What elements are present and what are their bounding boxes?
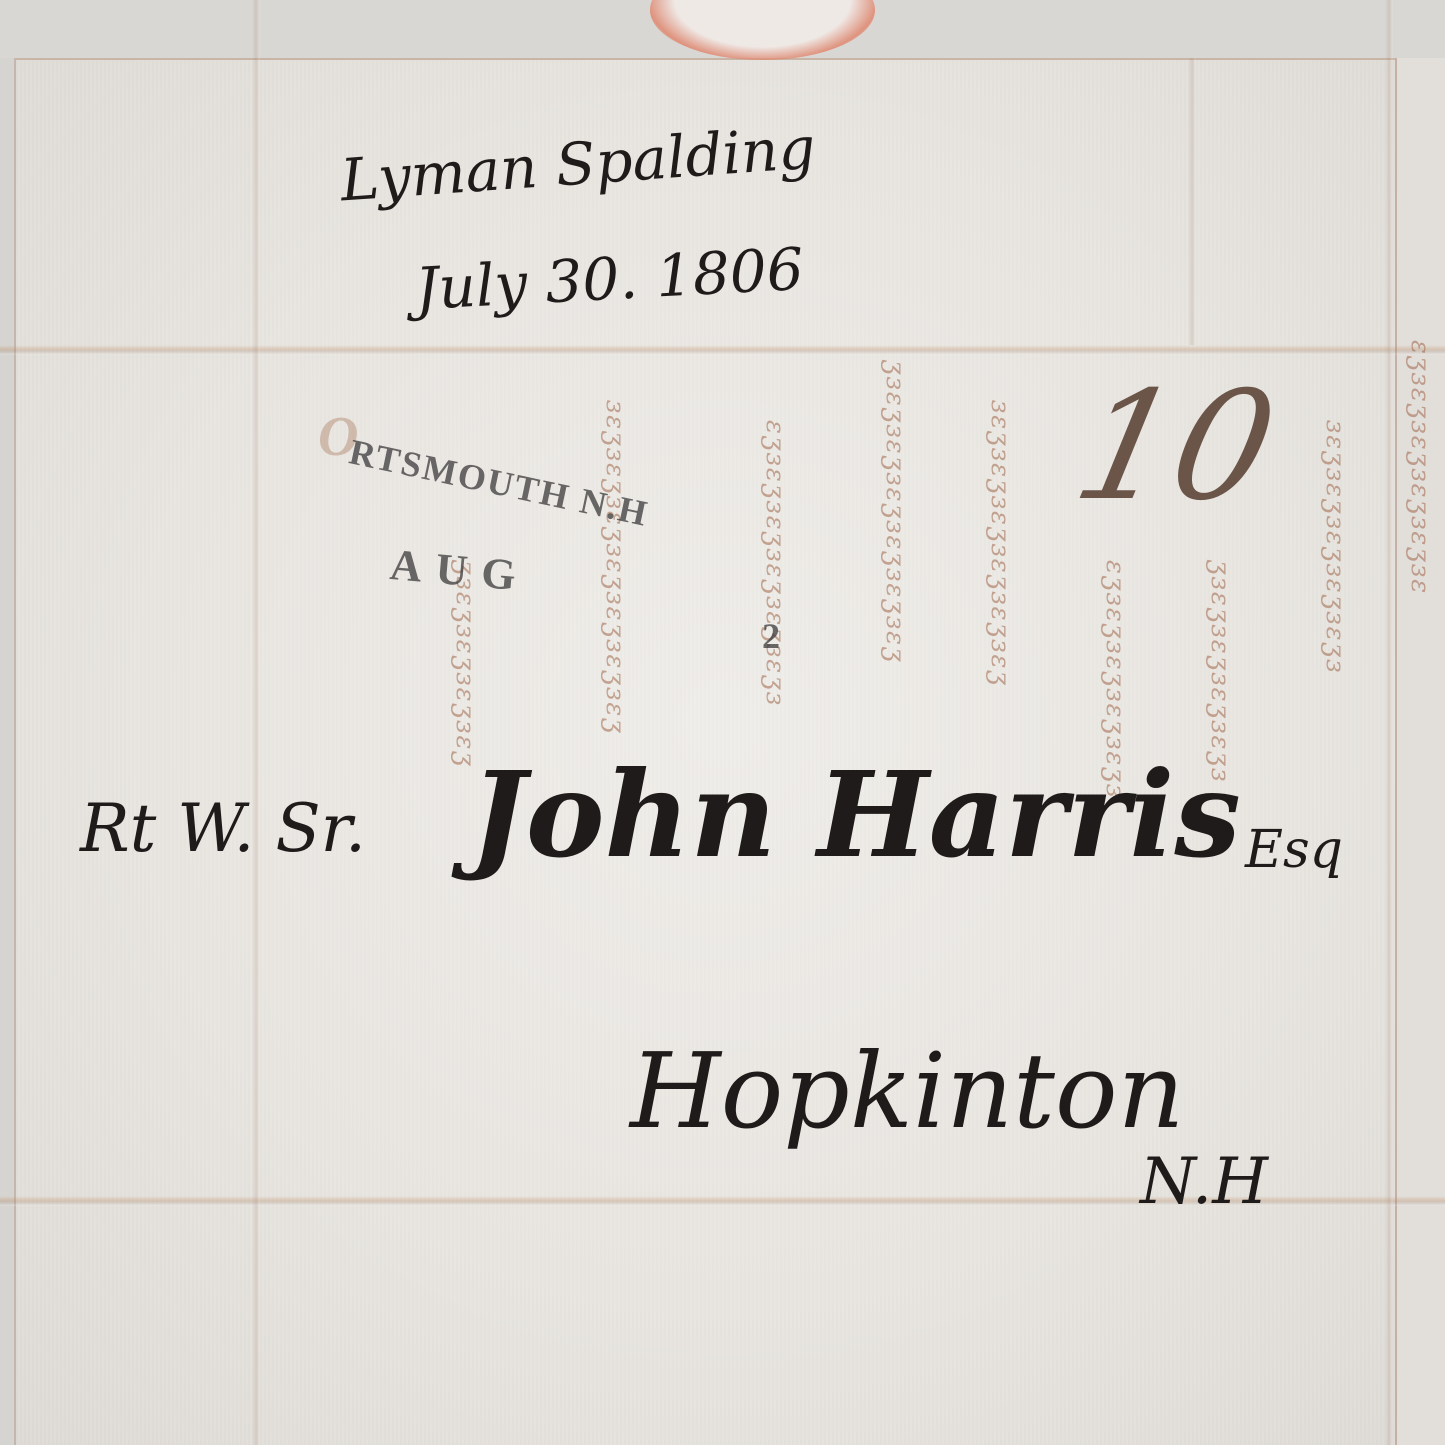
bleed-through-text: ɜɛʒɜɛʒɜɛʒɜɛʒɜɛʒɜ [1320, 420, 1350, 1440]
bleed-through-text: ʒɜɛʒɜɛʒɜɛʒɜɛʒ [450, 560, 480, 1360]
bleed-through-text: ʒɜɛʒɜɛʒɜɛʒɜɛʒɜ [1205, 560, 1235, 1440]
address-town: Hopkinton [630, 1030, 1185, 1152]
bleed-through-text: ɛʒɜɛʒɜɛʒɜɛʒɜɛʒɜ [1100, 560, 1130, 1440]
postage-rate: 10 [1062, 360, 1290, 534]
address-suffix: Esq [1245, 820, 1343, 880]
bleed-through-text: ɛʒɜɛʒɜɛʒɜɛʒɜɛʒɜɛ [1405, 340, 1435, 1440]
postmark-day: 2 [762, 615, 782, 657]
bleed-through-text: ɜɛʒɜɛʒɜɛʒɜɛʒɜɛʒɜɛʒ [985, 400, 1015, 1440]
address-name: John Harris [470, 745, 1241, 884]
bleed-through-text: ɛʒɜɛʒɜɛʒɜɛʒɜɛʒɜɛʒɜ [760, 420, 790, 1420]
address-salutation: Rt W. Sr. [80, 790, 366, 867]
bleed-through-text: ʒɜɛʒɜɛʒɜɛʒɜɛʒɜɛʒɜɛʒ [880, 360, 910, 1440]
bleed-through-text: ɜɛʒɜɛʒɜɛʒɜɛʒɜɛʒɜɛʒɜɛʒ [600, 400, 630, 1400]
address-state: N.H [1140, 1145, 1268, 1219]
left-flap-edge [0, 58, 16, 1445]
